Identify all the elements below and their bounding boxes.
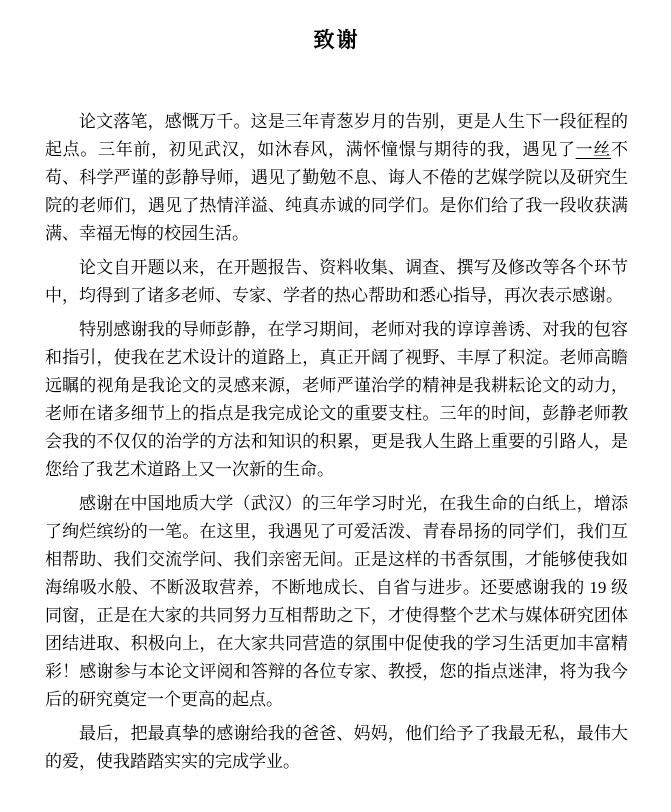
text-segment: 论文落笔，感慨万千。这是三年青葱岁月的告别，更是人生下一段征程的起点。三年前，初…: [45, 112, 628, 159]
paragraph-3: 特别感谢我的导师彭静，在学习期间，老师对我的谆谆善诱、对我的包容和指引，使我在艺…: [45, 316, 628, 484]
underlined-text: 一丝: [576, 140, 611, 159]
paragraph-4: 感谢在中国地质大学（武汉）的三年学习时光，在我生命的白纸上，增添了绚烂缤纷的一笔…: [45, 490, 628, 714]
text-segment: 论文自开题以来，在开题报告、资料收集、调查、撰写及修改等各个环节中，均得到了诸多…: [45, 258, 628, 305]
page-title: 致谢: [45, 26, 628, 56]
paragraph-2: 论文自开题以来，在开题报告、资料收集、调查、撰写及修改等各个环节中，均得到了诸多…: [45, 254, 628, 310]
text-segment: 感谢在中国地质大学（武汉）的三年学习时光，在我生命的白纸上，增添了绚烂缤纷的一笔…: [45, 494, 628, 709]
document-page: 致谢 论文落笔，感慨万千。这是三年青葱岁月的告别，更是人生下一段征程的起点。三年…: [0, 0, 671, 812]
paragraph-1: 论文落笔，感慨万千。这是三年青葱岁月的告别，更是人生下一段征程的起点。三年前，初…: [45, 108, 628, 248]
acknowledgements-body: 论文落笔，感慨万千。这是三年青葱岁月的告别，更是人生下一段征程的起点。三年前，初…: [45, 108, 628, 776]
text-segment: 特别感谢我的导师彭静，在学习期间，老师对我的谆谆善诱、对我的包容和指引，使我在艺…: [45, 320, 628, 479]
text-segment: 最后，把最真挚的感谢给我的爸爸、妈妈，他们给予了我最无私，最伟大的爱，使我踏踏实…: [45, 724, 628, 771]
paragraph-5: 最后，把最真挚的感谢给我的爸爸、妈妈，他们给予了我最无私，最伟大的爱，使我踏踏实…: [45, 720, 628, 776]
